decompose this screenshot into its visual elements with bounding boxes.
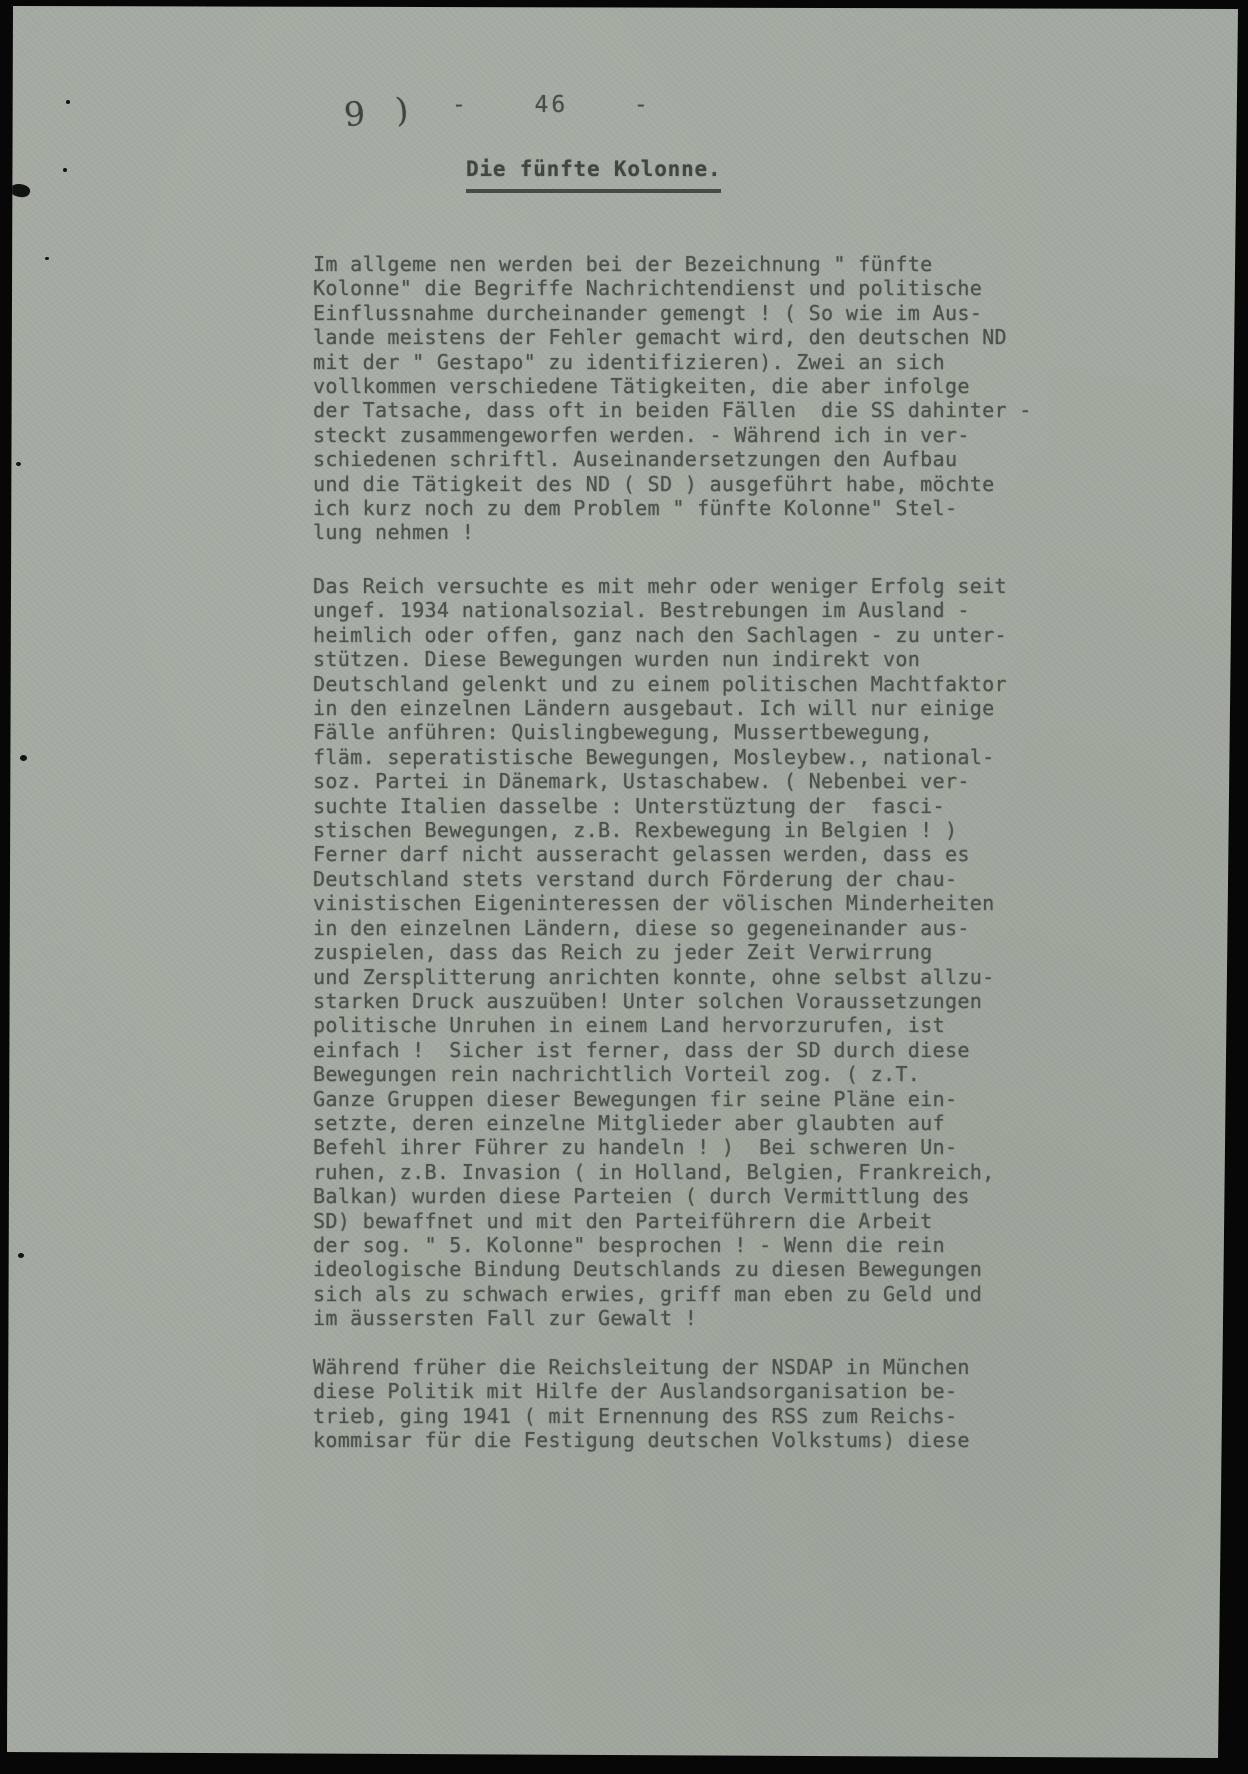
scan-speck	[20, 755, 27, 761]
scan-speck	[9, 182, 32, 200]
scan-background: { "page": { "annotation": "9 )", "page_n…	[0, 0, 1248, 1774]
document-title: Die fünfte Kolonne.	[466, 157, 721, 193]
scan-speck	[45, 257, 49, 260]
paragraph-intro: Im allgeme nen werden bei der Bezeichnun…	[313, 252, 1032, 545]
scan-speck	[18, 1253, 24, 1258]
document-page: 9 ) - 46 - Die fünfte Kolonne. Im allgem…	[0, 0, 1248, 1774]
page-number: - 46 -	[452, 92, 651, 118]
paragraph-closing: Während früher die Reichsleitung der NSD…	[313, 1355, 970, 1453]
handwritten-section-number: 9 )	[342, 89, 419, 134]
scan-speck	[16, 462, 21, 466]
paragraph-main: Das Reich versuchte es mit mehr oder wen…	[313, 574, 1007, 1331]
scan-speck	[63, 168, 67, 172]
scan-speck	[66, 100, 70, 104]
